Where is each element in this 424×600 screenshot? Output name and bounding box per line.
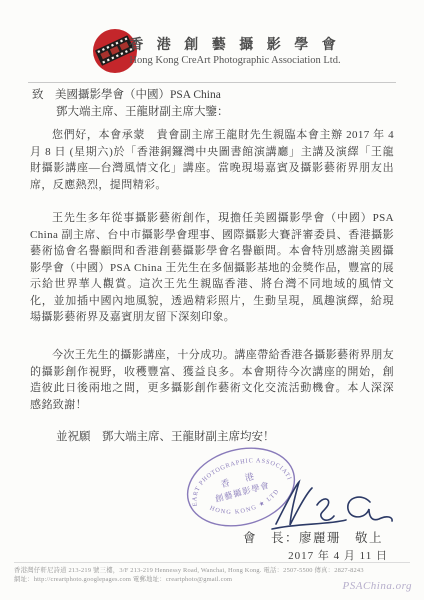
date-line: 2017 年 4 月 11 日 — [0, 547, 388, 563]
org-name-chinese: 香 港 創 藝 攝 影 學 會 — [100, 34, 370, 54]
footer-address-line: 香港灣仔軒尼詩道 213-219 號三樓，3/F 213-219 Henness… — [14, 566, 410, 575]
salutation-line: 鄧大端主席、王龍財副主席大鑒： — [56, 104, 229, 120]
closing-wish-line: 並祝願 鄧大端主席、王龍財副主席均安！ — [56, 429, 275, 445]
handwritten-signature — [270, 478, 400, 532]
psachina-watermark: PSAChina.org — [343, 580, 412, 592]
signoff-line: 會 長：廖麗珊 敬上 — [243, 528, 383, 546]
recipient-line: 致 美國攝影學會（中國）PSA China — [32, 87, 221, 103]
paragraph-1: 您們好，本會承蒙 貴會副主席王龍財先生親臨本會主辦 2017 年 4 月 8 日… — [30, 127, 394, 193]
paragraph-2: 王先生多年從事攝影藝術創作，現擔任美國攝影學會（中國）PSA China 副主席… — [30, 210, 394, 326]
org-name-english: Hong Kong CreArt Photographic Associatio… — [90, 55, 380, 66]
header-divider — [28, 82, 396, 83]
letter-page: 香 港 創 藝 攝 影 學 會 Hong Kong CreArt Photogr… — [0, 0, 424, 600]
paragraph-3: 今次王先生的攝影講座，十分成功。講座帶給香港各攝影藝術界朋友的攝影創作視野，收穫… — [30, 347, 394, 413]
